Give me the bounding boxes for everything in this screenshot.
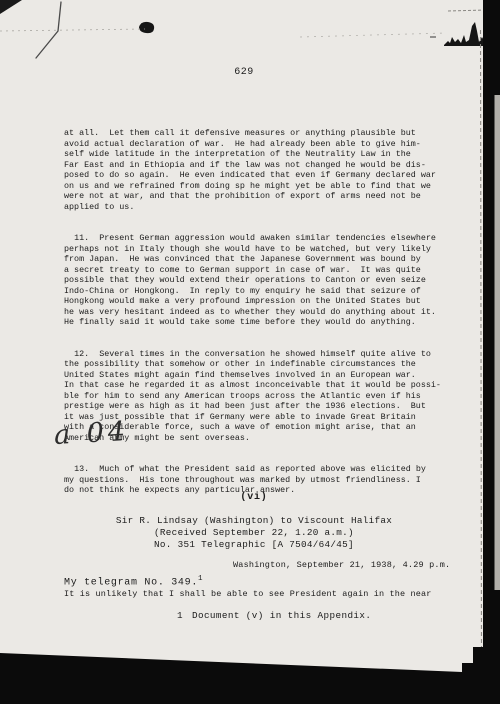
handwritten-annotation: a 04 [53,416,130,451]
page-edge-shadow [481,30,482,650]
scan-bottom-step-2 [462,663,500,704]
dispatch-second-line: It is unlikely that I shall be able to s… [64,589,432,599]
paragraph-11: 11. Present German aggression would awak… [64,233,466,328]
footnote-text: Document (v) in this Appendix. [192,610,371,621]
dateline: Washington, September 21, 1938, 4.29 p.m… [233,560,450,570]
footnote-marker: 1 [177,610,183,621]
dispatch-heading-line2: (Received September 22, 1.20 a.m.) [64,527,444,539]
dispatch-opening-line: My telegram No. 349.1 [64,575,203,588]
section-label: (vi) [64,492,444,503]
footnote-reference: 1 [198,575,203,583]
scan-bottom-black-area [0,653,462,704]
scanned-document-page: 629 at all. Let them call it defensive m… [0,0,500,704]
paragraph-13: 13. Much of what the President said as r… [64,464,466,496]
body-text: at all. Let them call it defensive measu… [64,107,466,517]
dispatch-heading: Sir R. Lindsay (Washington) to Viscount … [64,515,444,551]
footnote: 1Document (v) in this Appendix. [177,610,371,621]
ink-blot [139,22,154,33]
paragraph-continuation: at all. Let them call it defensive measu… [64,128,466,212]
scan-smudge [444,22,486,46]
scan-streak-mid [300,33,446,37]
scan-streak-top-right [448,10,487,11]
scan-bottom-step-1 [473,647,500,704]
scan-right-black-band [483,0,500,704]
dispatch-heading-line3: No. 351 Telegraphic [A 7504/64/45] [64,539,444,551]
dispatch-heading-line1: Sir R. Lindsay (Washington) to Viscount … [64,515,444,527]
page-number: 629 [222,67,266,78]
fold-crease-line [36,2,61,58]
scan-streak-left [0,29,145,31]
scan-corner-fold [0,0,22,14]
scan-right-outer-edge [495,95,500,590]
opening-text: My telegram No. 349. [64,577,198,588]
